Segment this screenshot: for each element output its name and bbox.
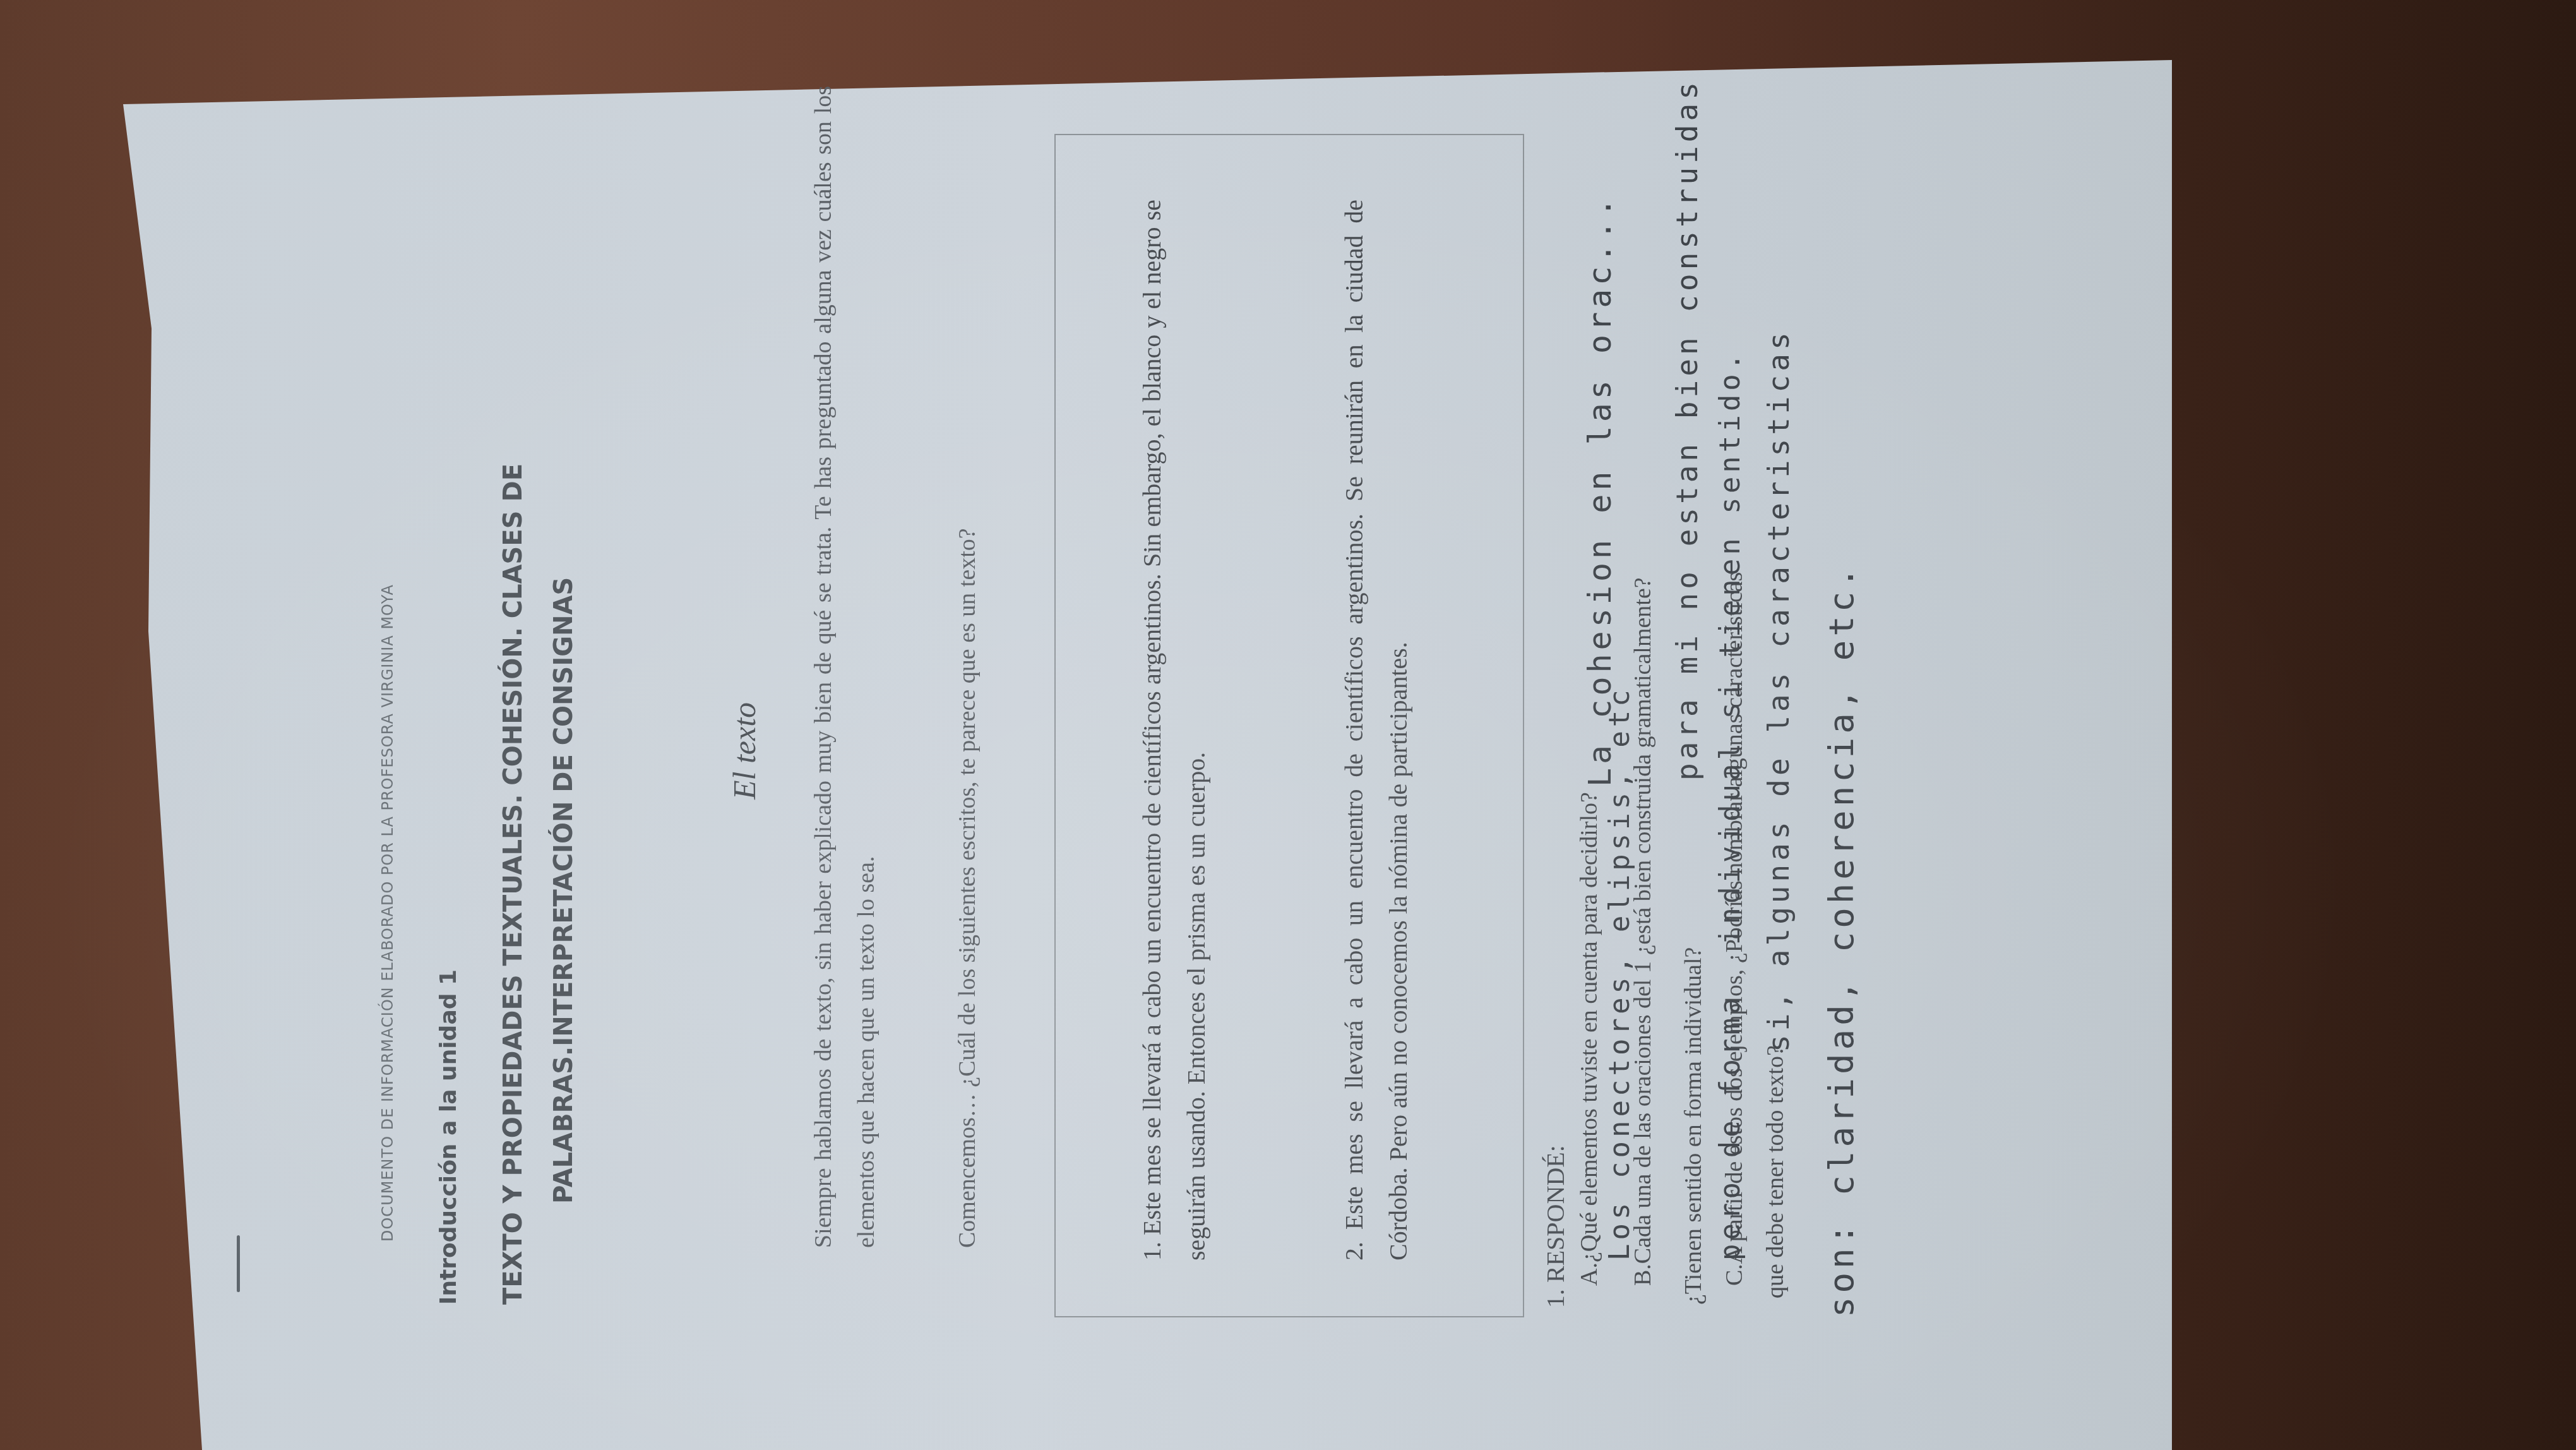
pen-mark	[237, 1235, 240, 1292]
question-c-part-2: que debe tener todo texto?	[1762, 1045, 1789, 1298]
intro-paragraph: Siempre hablamos de texto, sin haber exp…	[802, 86, 888, 1248]
handwritten-answer-b-3: individual si tienen sentido.	[1714, 350, 1746, 945]
handwritten-answer-a-2: Los conectores, elipsis, etc	[1604, 686, 1636, 1261]
document-title-line-2: PALABRAS.INTERPRETACIÓN DE CONSIGNAS	[549, 577, 578, 1204]
examples-box	[1054, 134, 1524, 1317]
handwritten-answer-b: para mi no estan bien construidas	[1670, 78, 1704, 781]
question-a: A.¿Qué elementos tuviste en cuenta para …	[1575, 792, 1603, 1286]
document-header: DOCUMENTO DE INFORMACIÓN ELABORADO POR L…	[379, 584, 397, 1242]
responde-heading: 1. RESPONDÉ:	[1541, 1145, 1570, 1308]
question-b-part-2: ¿Tienen sentido en forma individual?	[1679, 947, 1707, 1305]
section-title: El texto	[726, 702, 763, 800]
handwritten-answer-b-2: pero de forma	[1714, 994, 1746, 1261]
handwritten-answer-c: si, algunas de las caracteristicas	[1762, 328, 1796, 1052]
example-1: 1. Este mes se llevará a cabo un encuent…	[1130, 200, 1219, 1261]
example-2: 2. Este mes se llevará a cabo un encuent…	[1332, 200, 1421, 1261]
document-title-line-1: TEXTO Y PROPIEDADES TEXTUALES. COHESIÓN.…	[499, 464, 528, 1305]
handwritten-answer-c-2: son: claridad, coherencia, etc.	[1822, 563, 1861, 1317]
prompt-question: Comencemos… ¿Cuál de los siguientes escr…	[953, 528, 981, 1248]
unit-intro-heading: Introducción a la unidad 1	[436, 969, 462, 1305]
rotated-document-page: DOCUMENTO DE INFORMACIÓN ELABORADO POR L…	[0, 0, 2576, 1450]
